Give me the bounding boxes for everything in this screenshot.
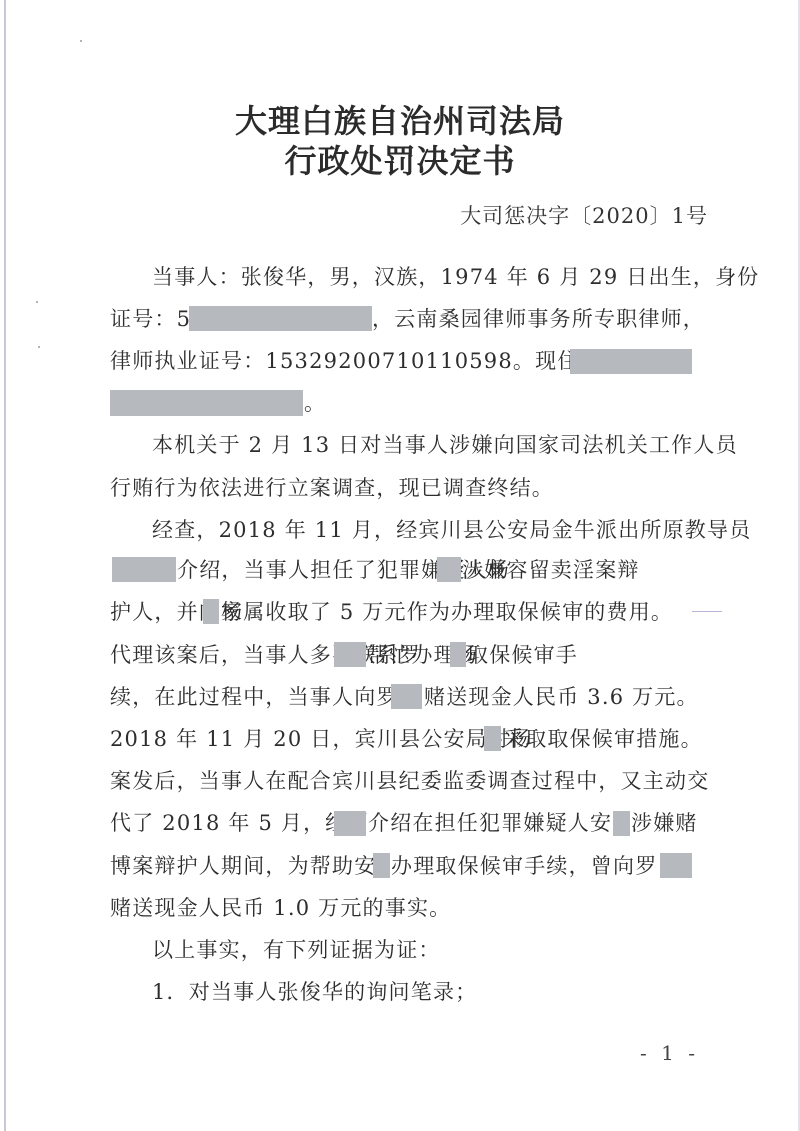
body-line: 行贿行为依法进行立案调查，现已调查终结。 — [110, 473, 695, 503]
body-line: 博案辩护人期间，为帮助安 — [110, 851, 380, 881]
body-line: 涉嫌赌 — [631, 808, 711, 838]
body-line: 案发后，当事人在配合宾川县纪委监委调查过程中，又主动交 — [110, 766, 695, 796]
redaction-name — [112, 557, 176, 582]
body-line: 赌送现金人民币 1.0 万元的事实。 — [110, 893, 695, 923]
body-line: 当事人：张俊华，男，汉族，1974 年 6 月 29 日出生，身份 — [152, 262, 737, 292]
redaction-name — [660, 853, 692, 878]
document-title-line2: 行政处罚决定书 — [0, 136, 800, 182]
scan-speckle — [80, 40, 82, 42]
scan-speckle — [36, 301, 38, 303]
redaction-address — [570, 349, 692, 374]
redaction-name — [484, 726, 501, 751]
body-line: 赌送现金人民币 3.6 万元。 — [424, 682, 704, 712]
body-line: 介绍在担任犯罪嫌疑人安 — [368, 808, 618, 838]
body-line: 2018 年 11 月 20 日，宾川县公安局对杨 — [110, 724, 490, 754]
redaction-name — [450, 642, 466, 667]
body-line: 续，在此过程中，当事人向罗 — [110, 682, 410, 712]
body-line: 本机关于 2 月 13 日对当事人涉嫌向国家司法机关工作人员 — [152, 430, 737, 460]
body-line: 。 — [304, 388, 344, 418]
page-number: - 1 - — [640, 1041, 699, 1065]
margin-mark — [692, 611, 722, 612]
body-text: 证号：5 — [110, 307, 191, 331]
body-line: 取保候审手 — [467, 640, 587, 670]
redaction-address-cont — [110, 390, 303, 416]
scan-speckle — [38, 346, 40, 348]
redaction-name — [334, 642, 366, 667]
body-line: 以上事实，有下列证据为证： — [152, 935, 737, 965]
body-line: 采取取保候审措施。 — [503, 724, 703, 754]
body-line: ，云南桑园律师事务所专职律师， — [372, 304, 702, 334]
body-line: 办理取保候审手续，曾向罗 — [391, 851, 661, 881]
evidence-item: 1．对当事人张俊华的询问笔录； — [152, 977, 737, 1007]
body-line: 介绍，当事人担任了犯罪嫌疑人杨 — [177, 555, 437, 585]
redaction-name — [613, 811, 630, 836]
redaction-id-number — [189, 306, 372, 331]
redaction-name — [391, 684, 422, 709]
body-line: 代了 2018 年 5 月，经罗 — [110, 808, 350, 838]
redaction-name — [334, 811, 366, 836]
redaction-name — [203, 599, 219, 624]
redaction-name — [437, 557, 461, 582]
redaction-name — [373, 853, 390, 878]
body-line: 家属收取了 5 万元作为办理取保候审的费用。 — [221, 597, 701, 627]
body-line: 涉嫌容留卖淫案辩 — [462, 555, 702, 585]
body-line: 经查，2018 年 11 月，经宾川县公安局金牛派出所原教导员 — [152, 515, 737, 545]
document-number: 大司惩决字〔2020〕1号 — [460, 200, 708, 230]
